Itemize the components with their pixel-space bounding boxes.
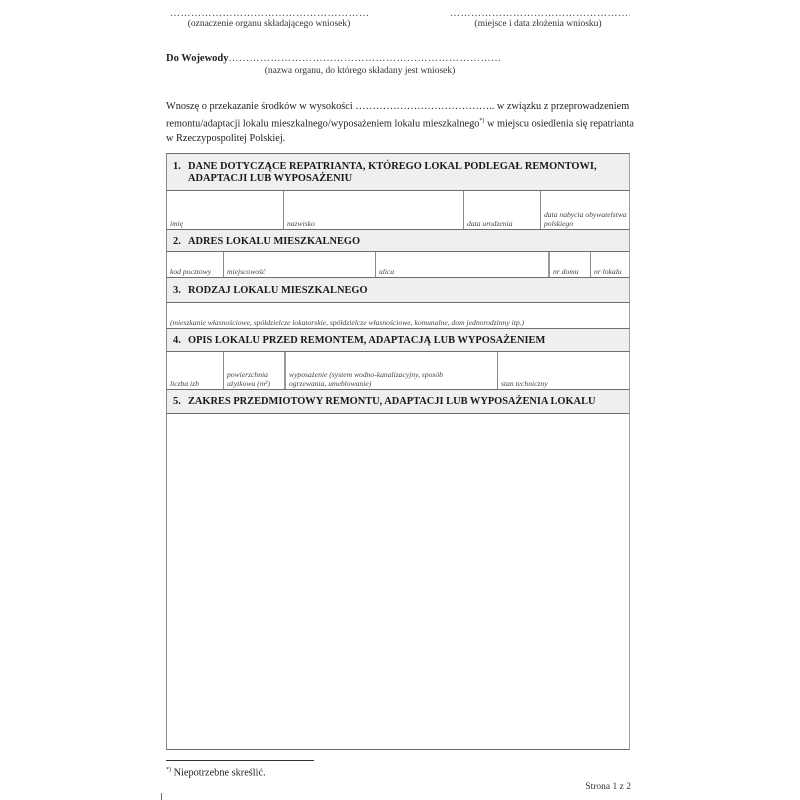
place-date-field-caption: (miejsce i data złożenia wniosku)	[450, 19, 626, 29]
first-name-label: imię	[170, 219, 183, 228]
street-label: ulica	[379, 267, 394, 276]
request-text-2: w związku z przeprowadzeniem	[494, 101, 629, 112]
section-3-title: RODZAJ LOKALU MIESZKALNEGO	[188, 285, 368, 296]
first-name-field[interactable]: imię	[167, 191, 283, 229]
postal-code-field[interactable]: kod pocztowy	[167, 252, 223, 277]
last-name-field[interactable]: nazwisko	[283, 191, 463, 229]
request-text-4: w miejscu osiedlenia się repatrianta	[484, 118, 634, 129]
request-text-5: w Rzeczypospolitej Polskiej.	[166, 133, 285, 144]
usable-area-label: powierzchnia użytkowa (m²)	[227, 370, 283, 388]
amount-field[interactable]: …………………………………..	[355, 101, 494, 112]
equipment-field[interactable]: wyposażenie (system wodno-kanalizacyjny,…	[284, 352, 497, 389]
section-4-title: OPIS LOKALU PRZED REMONTEM, ADAPTACJĄ LU…	[188, 335, 545, 346]
section-1-number: 1.	[173, 161, 188, 173]
house-number-label: nr domu	[553, 267, 579, 276]
footnote: *) Niepotrzebne skreślić.	[166, 767, 266, 778]
section-3-number: 3.	[173, 285, 188, 296]
place-date-field-dots[interactable]: ……………………………………………….	[450, 8, 630, 19]
apartment-number-label: nr lokalu	[594, 267, 622, 276]
apartment-number-field[interactable]: nr lokalu	[590, 252, 631, 277]
section-4-header: 4.OPIS LOKALU PRZED REMONTEM, ADAPTACJĄ …	[166, 328, 630, 351]
section-2-number: 2.	[173, 236, 188, 247]
usable-area-field[interactable]: powierzchnia użytkowa (m²)	[223, 352, 284, 389]
text-cursor	[161, 793, 162, 800]
section-1-header: 1.DANE DOTYCZĄCE REPATRIANTA, KTÓREGO LO…	[166, 153, 630, 190]
section-4-number: 4.	[173, 335, 188, 346]
dwelling-type-field[interactable]: (mieszkanie własnościowe, spółdzielcze l…	[167, 303, 631, 328]
section-5-header: 5.ZAKRES PRZEDMIOTOWY REMONTU, ADAPTACJI…	[166, 389, 630, 413]
house-number-field[interactable]: nr domu	[548, 252, 590, 277]
section-1-row: imię nazwisko data urodzenia data nabyci…	[166, 190, 630, 229]
footnote-separator	[166, 760, 314, 761]
addressee-label: Do Wojewody	[166, 53, 229, 64]
addressee-field[interactable]: ……………………………………………………………………	[229, 53, 502, 64]
section-2-row: kod pocztowy miejscowość ulica nr domu n…	[166, 251, 630, 277]
street-field[interactable]: ulica	[375, 252, 548, 277]
last-name-label: nazwisko	[287, 219, 315, 228]
section-4-row: liczba izb powierzchnia użytkowa (m²) wy…	[166, 351, 630, 389]
section-3-header: 3.RODZAJ LOKALU MIESZKALNEGO	[166, 277, 630, 302]
request-paragraph: Wnoszę o przekazanie środków w wysokości…	[166, 99, 636, 146]
equipment-label: wyposażenie (system wodno-kanalizacyjny,…	[289, 370, 464, 388]
citizenship-date-field[interactable]: data nabycia obywatelstwa polskiego	[540, 191, 631, 229]
dwelling-type-label: (mieszkanie własnościowe, spółdzielcze l…	[170, 318, 524, 327]
page-number: Strona 1 z 2	[580, 782, 631, 792]
section-5-title: ZAKRES PRZEDMIOTOWY REMONTU, ADAPTACJI L…	[188, 396, 596, 407]
section-1-title: DANE DOTYCZĄCE REPATRIANTA, KTÓREGO LOKA…	[188, 161, 597, 172]
section-3-row: (mieszkanie własnościowe, spółdzielcze l…	[166, 302, 630, 328]
section-2-header: 2.ADRES LOKALU MIESZKALNEGO	[166, 229, 630, 251]
rooms-count-field[interactable]: liczba izb	[167, 352, 223, 389]
section-1-title-2: ADAPTACJI LUB WYPOSAŻENIU	[188, 173, 352, 184]
city-label: miejscowość	[227, 267, 265, 276]
scope-of-work-field[interactable]	[166, 413, 630, 750]
postal-code-label: kod pocztowy	[170, 267, 211, 276]
organ-field-dots[interactable]: …………………………………………………….	[170, 8, 370, 19]
rooms-count-label: liczba izb	[170, 379, 199, 388]
technical-condition-field[interactable]: stan techniczny	[497, 352, 631, 389]
addressee-caption: (nazwa organu, do którego składany jest …	[240, 66, 480, 76]
city-field[interactable]: miejscowość	[223, 252, 375, 277]
birth-date-label: data urodzenia	[467, 219, 513, 228]
footnote-text: Niepotrzebne skreślić.	[171, 767, 266, 778]
organ-field-caption: (oznaczenie organu składającego wniosek)	[170, 19, 368, 29]
section-5-number: 5.	[173, 396, 188, 407]
section-2-title: ADRES LOKALU MIESZKALNEGO	[188, 236, 360, 247]
addressee-line: Do Wojewody……………………………………………………………………	[166, 53, 502, 64]
request-text-1: Wnoszę o przekazanie środków w wysokości	[166, 101, 355, 112]
birth-date-field[interactable]: data urodzenia	[463, 191, 540, 229]
citizenship-date-label: data nabycia obywatelstwa polskiego	[544, 210, 630, 228]
request-text-3: remontu/adaptacji lokalu mieszkalnego/wy…	[166, 118, 479, 129]
technical-condition-label: stan techniczny	[501, 379, 548, 388]
